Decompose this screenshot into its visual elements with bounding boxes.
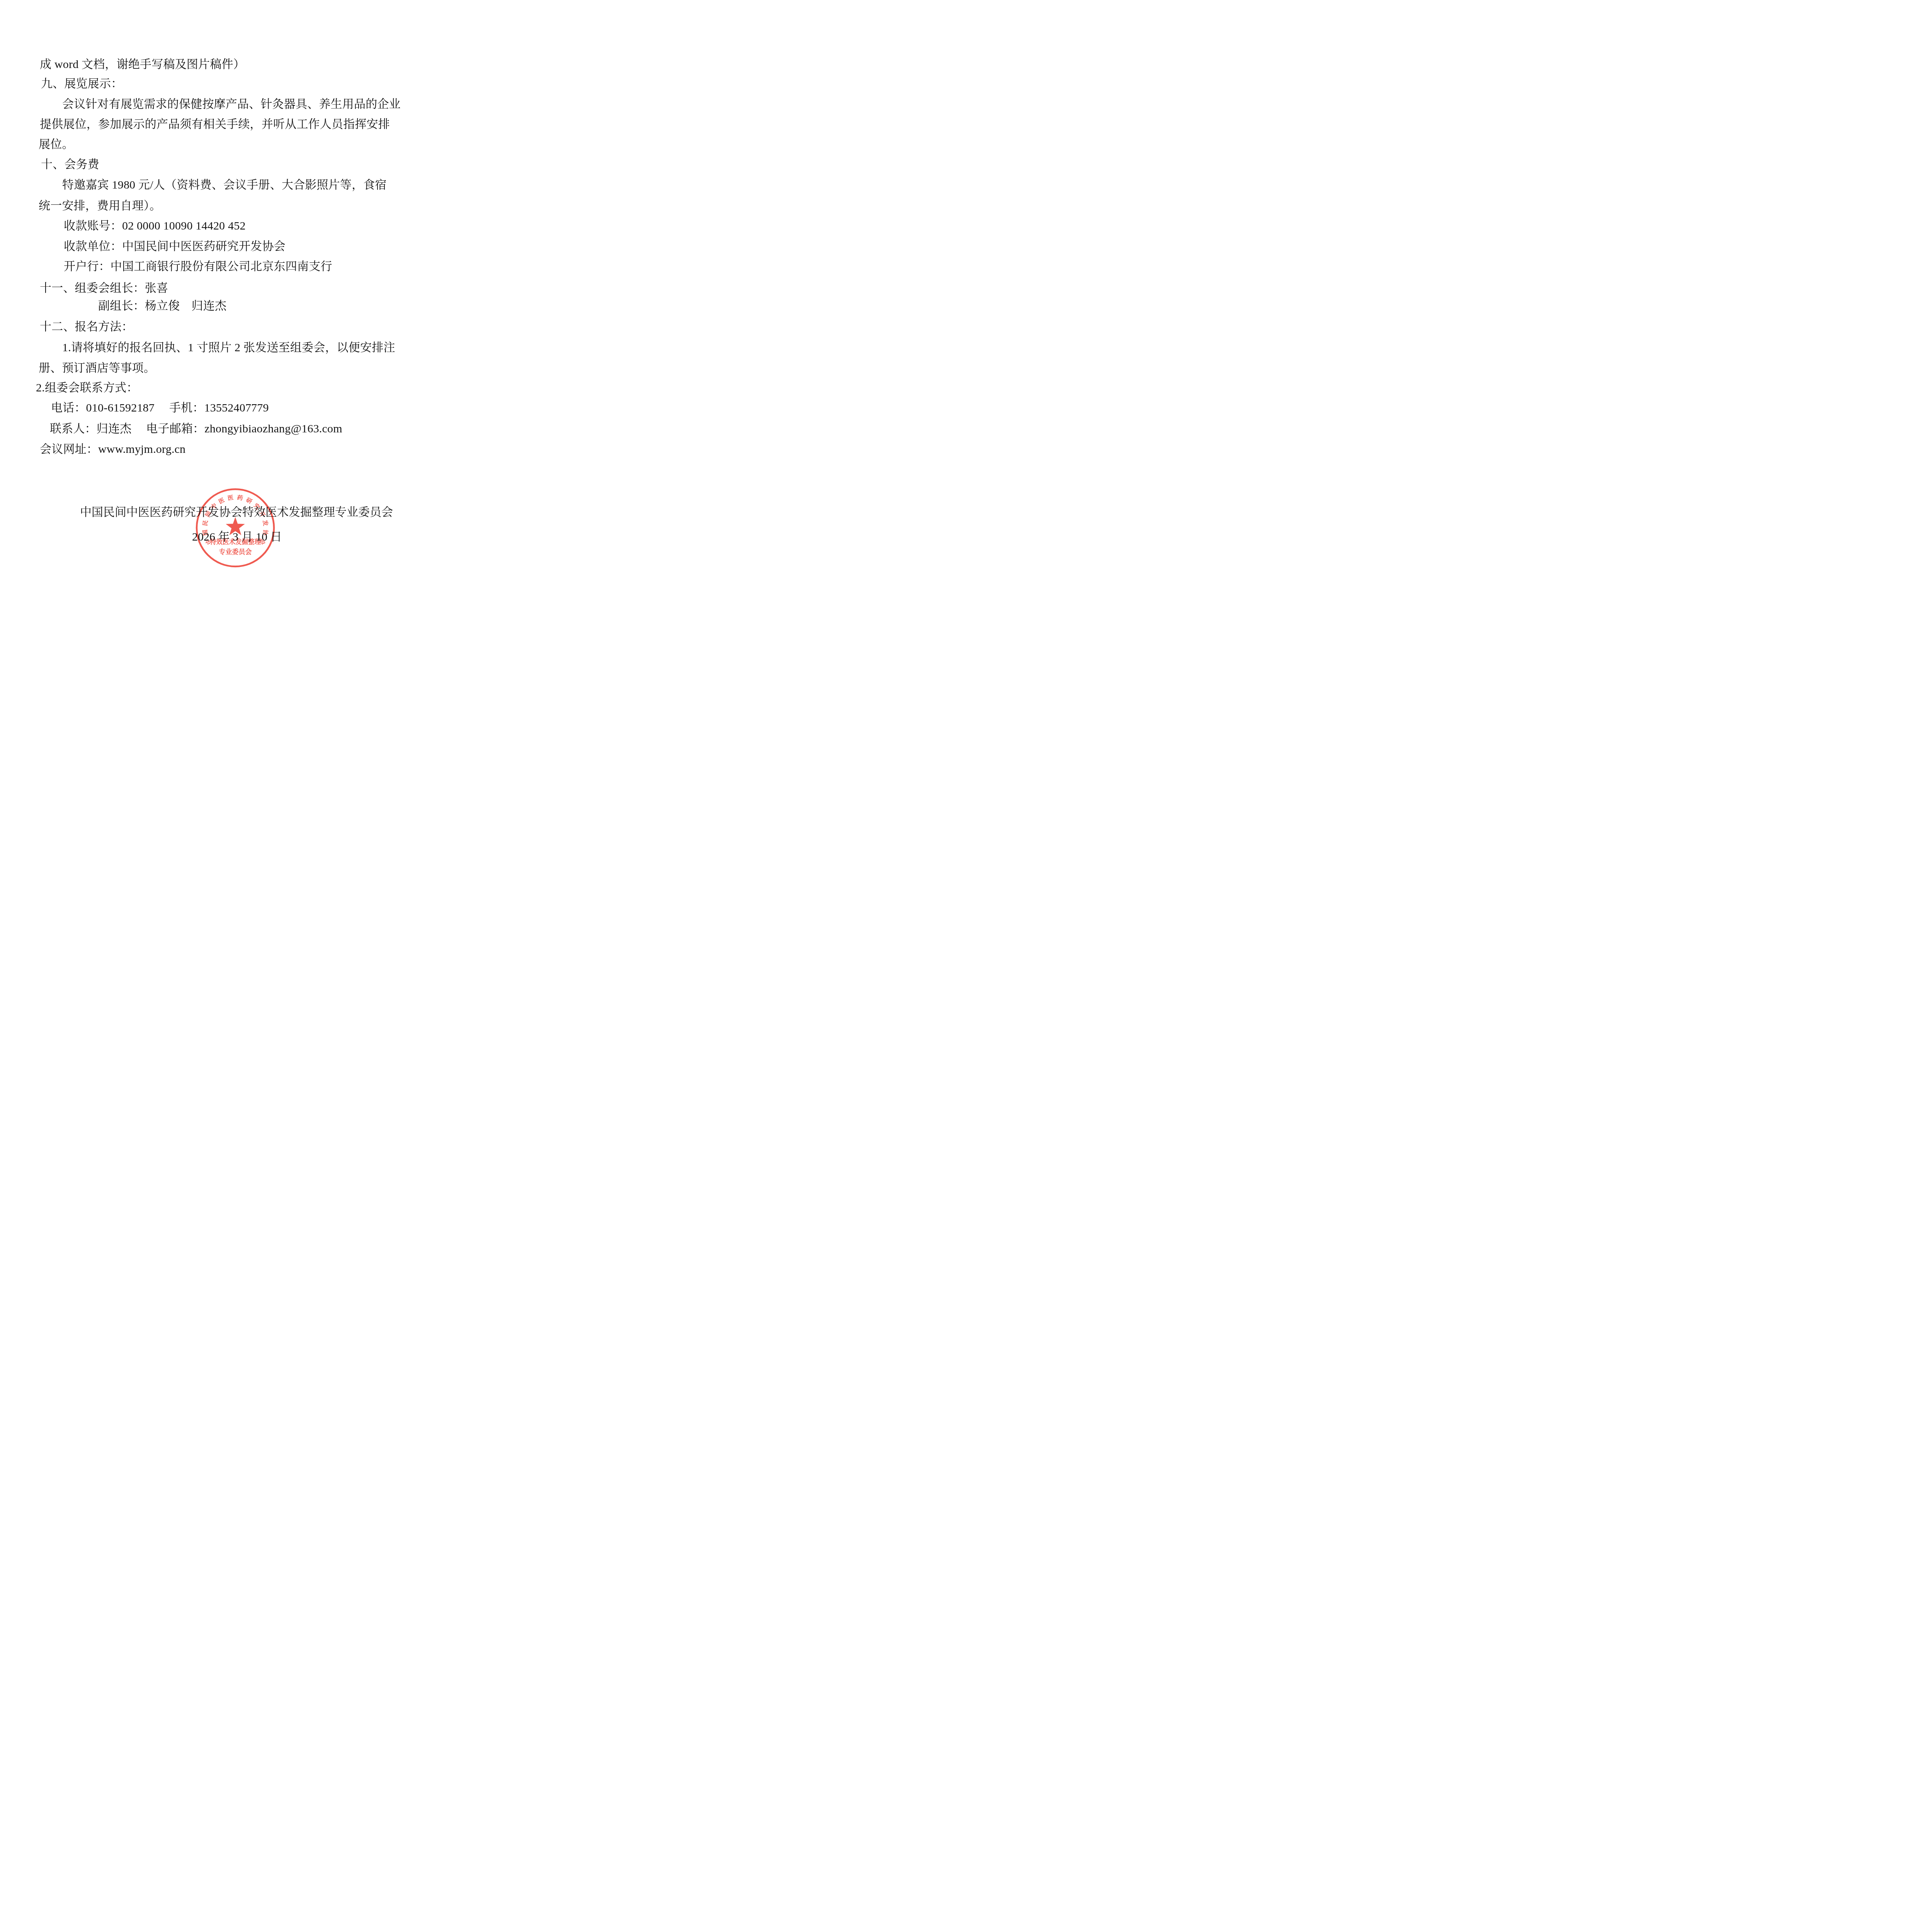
payment-account-line: 收款账号：02 0000 10090 14420 452 [64,220,246,232]
fee-paragraph-line-2: 统一安排，费用自理）。 [39,200,161,212]
registration-step1-line-1: 1.请将填好的报名回执、1 寸照片 2 张发送至组委会，以便安排注 [62,342,395,354]
seal-arc-char: 医 [218,497,226,505]
document-date-line: 2026 年 3 月 10 日 [192,531,282,543]
seal-text-line2: 专业委员会 [219,548,252,556]
fee-paragraph-line-1: 特邀嘉宾 1980 元/人（资料费、会议手册、大合影照片等，食宿 [62,179,387,191]
bank-branch-line: 开户行：中国工商银行股份有限公司北京东四南支行 [64,261,332,272]
website-url-line: 会议网址：www.myjm.org.cn [40,444,185,455]
exhibition-paragraph-line-3: 展位。 [39,139,74,150]
payee-unit-line: 收款单位：中国民间中医医药研究开发协会 [64,241,286,252]
exhibition-paragraph-line-1: 会议针对有展览需求的保健按摩产品、针灸器具、养生用品的企业 [62,99,401,110]
word-doc-note-line: 成 word 文档，谢绝手写稿及图片稿件） [40,59,245,70]
vice-chairman-line: 副组长：杨立俊 归连杰 [98,300,226,312]
seal-arc-char: 医 [227,494,234,502]
seal-arc-char: 研 [245,497,253,505]
exhibition-paragraph-line-2: 提供展位，参加展示的产品须有相关手续，并听从工作人员指挥安排 [40,119,390,130]
phone-numbers-line: 电话：010-61592187 手机：13552407779 [51,402,269,414]
seal-ring [197,489,274,566]
official-seal: 中国民间中医医药研究开发协会 特效医术发掘整理 专业委员会 [193,486,277,570]
seal-arc-char: 发 [261,519,269,527]
document-page: 成 word 文档，谢绝手写稿及图片稿件） 九、展览展示： 会议针对有展览需求的… [0,0,429,607]
contact-email-line: 联系人：归连杰 电子邮箱：zhongyibiaozhang@163.com [50,423,342,435]
registration-step2-heading: 2.组委会联系方式： [36,382,138,394]
section-11-chairman-line: 十一、组委会组长：张喜 [40,282,168,294]
organization-signature-line: 中国民间中医医药研究开发协会特效医术发掘整理专业委员会 [80,507,393,518]
seal-arc-char: 民 [202,520,209,526]
section-12-registration-heading: 十二、报名方法： [40,321,133,333]
registration-step1-line-2: 册、预订酒店等事项。 [39,362,155,374]
seal-arc-char: 药 [236,494,243,502]
section-9-exhibition-heading: 九、展览展示： [41,78,122,90]
seal-graphic: 中国民间中医医药研究开发协会 特效医术发掘整理 专业委员会 [193,486,277,570]
section-10-fee-heading: 十、会务费 [41,159,99,170]
